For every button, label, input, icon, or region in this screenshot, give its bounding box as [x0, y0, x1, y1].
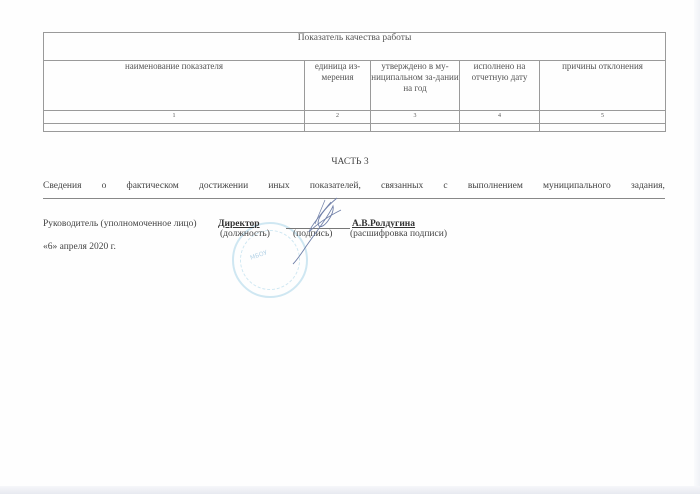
- signatory-label: Руководитель (уполномоченное лицо): [43, 219, 197, 229]
- scan-edge: [694, 0, 700, 494]
- word: достижении: [199, 181, 248, 191]
- signing-date: «6» апреля 2020 г.: [43, 242, 116, 252]
- word: иных: [268, 181, 289, 191]
- signatory-position: Директор: [218, 219, 260, 229]
- scan-edge: [0, 486, 700, 494]
- column-number: 2: [305, 111, 371, 124]
- table-cell: [44, 124, 305, 132]
- word: задания,: [631, 181, 665, 191]
- document-page: Показатель качества работы наименование …: [0, 0, 700, 494]
- column-number: 1: [44, 111, 305, 124]
- handwritten-signature-icon: [285, 196, 355, 266]
- part-title: ЧАСТЬ 3: [0, 157, 700, 167]
- table-cell: [460, 124, 540, 132]
- word: связанных: [381, 181, 423, 191]
- table-cell: [305, 124, 371, 132]
- column-number: 5: [540, 111, 666, 124]
- table-cell: [540, 124, 666, 132]
- word: Сведения: [43, 181, 81, 191]
- position-caption: (должность): [220, 229, 270, 239]
- signatory-name: А.В.Ролдугина: [352, 219, 415, 229]
- word: с: [443, 181, 447, 191]
- stamp-text: МБОУ: [249, 249, 268, 262]
- table-cell: [371, 124, 460, 132]
- word: фактическом: [127, 181, 179, 191]
- table-row: [44, 124, 666, 132]
- column-number: 4: [460, 111, 540, 124]
- column-header: наименование показателя: [44, 61, 305, 111]
- table-title: Показатель качества работы: [44, 33, 666, 61]
- word: выполнением: [468, 181, 523, 191]
- quality-indicators-table: Показатель качества работы наименование …: [43, 32, 666, 132]
- column-number: 3: [371, 111, 460, 124]
- column-header: причины отклонения: [540, 61, 666, 111]
- word: о: [102, 181, 107, 191]
- word: муниципального: [543, 181, 611, 191]
- name-caption: (расшифровка подписи): [350, 229, 447, 239]
- part3-description: Сведения о фактическом достижении иных п…: [43, 181, 665, 191]
- word: показателей,: [310, 181, 361, 191]
- column-header: утверждено в му-ниципальном за-дании на …: [371, 61, 460, 111]
- column-header: исполнено на отчетную дату: [460, 61, 540, 111]
- column-header: единица из-мерения: [305, 61, 371, 111]
